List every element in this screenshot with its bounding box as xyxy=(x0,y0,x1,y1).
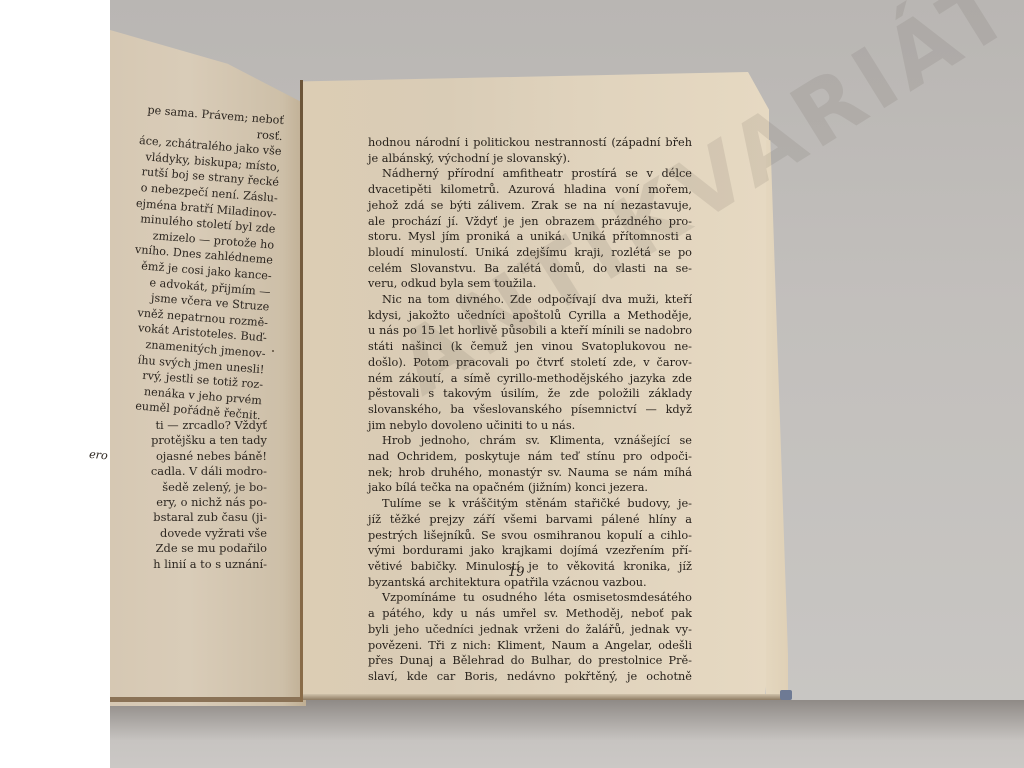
text-line: nek; hrob druhého, monastýr sv. Nauma se… xyxy=(368,465,692,481)
text-line: ném zákoutí, a símě cyrillo-methodějskéh… xyxy=(368,371,692,387)
text-line: protějšku a ten tady xyxy=(117,433,267,448)
text-line: byli jeho učedníci jednak vrženi do žalá… xyxy=(368,622,692,638)
text-line: ojasné nebes báně! xyxy=(117,449,267,464)
text-line: veru, odkud byla sem toužila. xyxy=(368,276,692,292)
table-surface-shadow xyxy=(110,700,1024,768)
text-line: Vzpomínáme tu osudného léta osmisetosmde… xyxy=(368,590,692,606)
text-line: jako bílá tečka na opačném (jižním) konc… xyxy=(368,480,692,496)
text-line: slovanského, ba všeslovanského písemnict… xyxy=(368,402,692,418)
text-line: větivé babičky. Minulostí je to věkovitá… xyxy=(368,559,692,575)
ink-dot xyxy=(272,350,274,352)
text-line: ale prochází jí. Vždyť je jen obrazem pr… xyxy=(368,214,692,230)
text-line: u nás po 15 let horlivě působili a kteří… xyxy=(368,323,692,339)
text-line: šedě zelený, je bo- xyxy=(117,480,267,495)
text-line: bstaral zub času (ji- xyxy=(117,510,267,525)
text-line: přes Dunaj a Bělehrad do Bulhar, do pres… xyxy=(368,653,692,669)
text-line: h linií a to s uznání- xyxy=(117,557,267,572)
text-line: kdysi, jakožto učedníci apoštolů Cyrilla… xyxy=(368,308,692,324)
text-line: ti — zrcadlo? Vždyť xyxy=(117,418,267,433)
text-line: slaví, kde car Boris, nedávno pokřtěný, … xyxy=(368,669,692,685)
text-line: Nádherný přírodní amfitheatr prostírá se… xyxy=(368,166,692,182)
left-page-bottom-edge xyxy=(110,697,302,702)
text-line: dvacetipěti kilometrů. Azurová hladina v… xyxy=(368,182,692,198)
text-line: je albánský, východní je slovanský). xyxy=(368,151,692,167)
text-line: a pátého, kdy u nás umřel sv. Methoděj, … xyxy=(368,606,692,622)
text-line: povězeni. Tři z nich: Kliment, Naum a An… xyxy=(368,638,692,654)
text-line: pěstovali s takovým úsilím, že zde polož… xyxy=(368,386,692,402)
text-line: storu. Mysl jím proniká a uniká. Uniká p… xyxy=(368,229,692,245)
text-line: bloudí minulostí. Uniká zdejšímu kraji, … xyxy=(368,245,692,261)
text-line: Hrob jednoho, chrám sv. Klimenta, vznáše… xyxy=(368,433,692,449)
book-cover-corner xyxy=(780,690,792,700)
text-line: Tulíme se k vráščitým stěnám stařičké bu… xyxy=(368,496,692,512)
text-line: Zde se mu podařilo xyxy=(117,541,267,556)
text-line: státi našinci (k čemuž jen vinou Svatopl… xyxy=(368,339,692,355)
text-line: Nic na tom divného. Zde odpočívají dva m… xyxy=(368,292,692,308)
text-line: ery, o nichž nás po- xyxy=(117,495,267,510)
right-page-bottom-edge xyxy=(303,694,787,700)
text-line: došlo). Potom pracovali po čtvrť století… xyxy=(368,355,692,371)
text-line: pestrých lišejníků. Se svou osmihranou k… xyxy=(368,528,692,544)
text-line: nad Ochridem, poskytuje nám teď stínu pr… xyxy=(368,449,692,465)
text-line: dovede vyžrati vše xyxy=(117,526,267,541)
left-page-lower-text: ti — zrcadlo? Vždyťprotějšku a ten tadyo… xyxy=(117,418,267,572)
text-line: jehož zdá se býti zálivem. Zrak se na ní… xyxy=(368,198,692,214)
text-line: byzantská architektura opatřila vzácnou … xyxy=(368,575,692,591)
book-gutter xyxy=(300,80,303,702)
text-line: jíž těžké prejzy září všemi barvami pále… xyxy=(368,512,692,528)
text-line: vými bordurami jako krajkami dojímá vzez… xyxy=(368,543,692,559)
text-line: celém Slovanstvu. Ba zalétá domů, do vla… xyxy=(368,261,692,277)
text-line: cadla. V dáli modro- xyxy=(117,464,267,479)
right-page-body-text: hodnou národní i politickou nestranností… xyxy=(368,135,692,685)
text-line: jim nebylo dovoleno učiniti to u nás. xyxy=(368,418,692,434)
page-number: 19 xyxy=(508,565,525,580)
text-line: hodnou národní i politickou nestranností… xyxy=(368,135,692,151)
